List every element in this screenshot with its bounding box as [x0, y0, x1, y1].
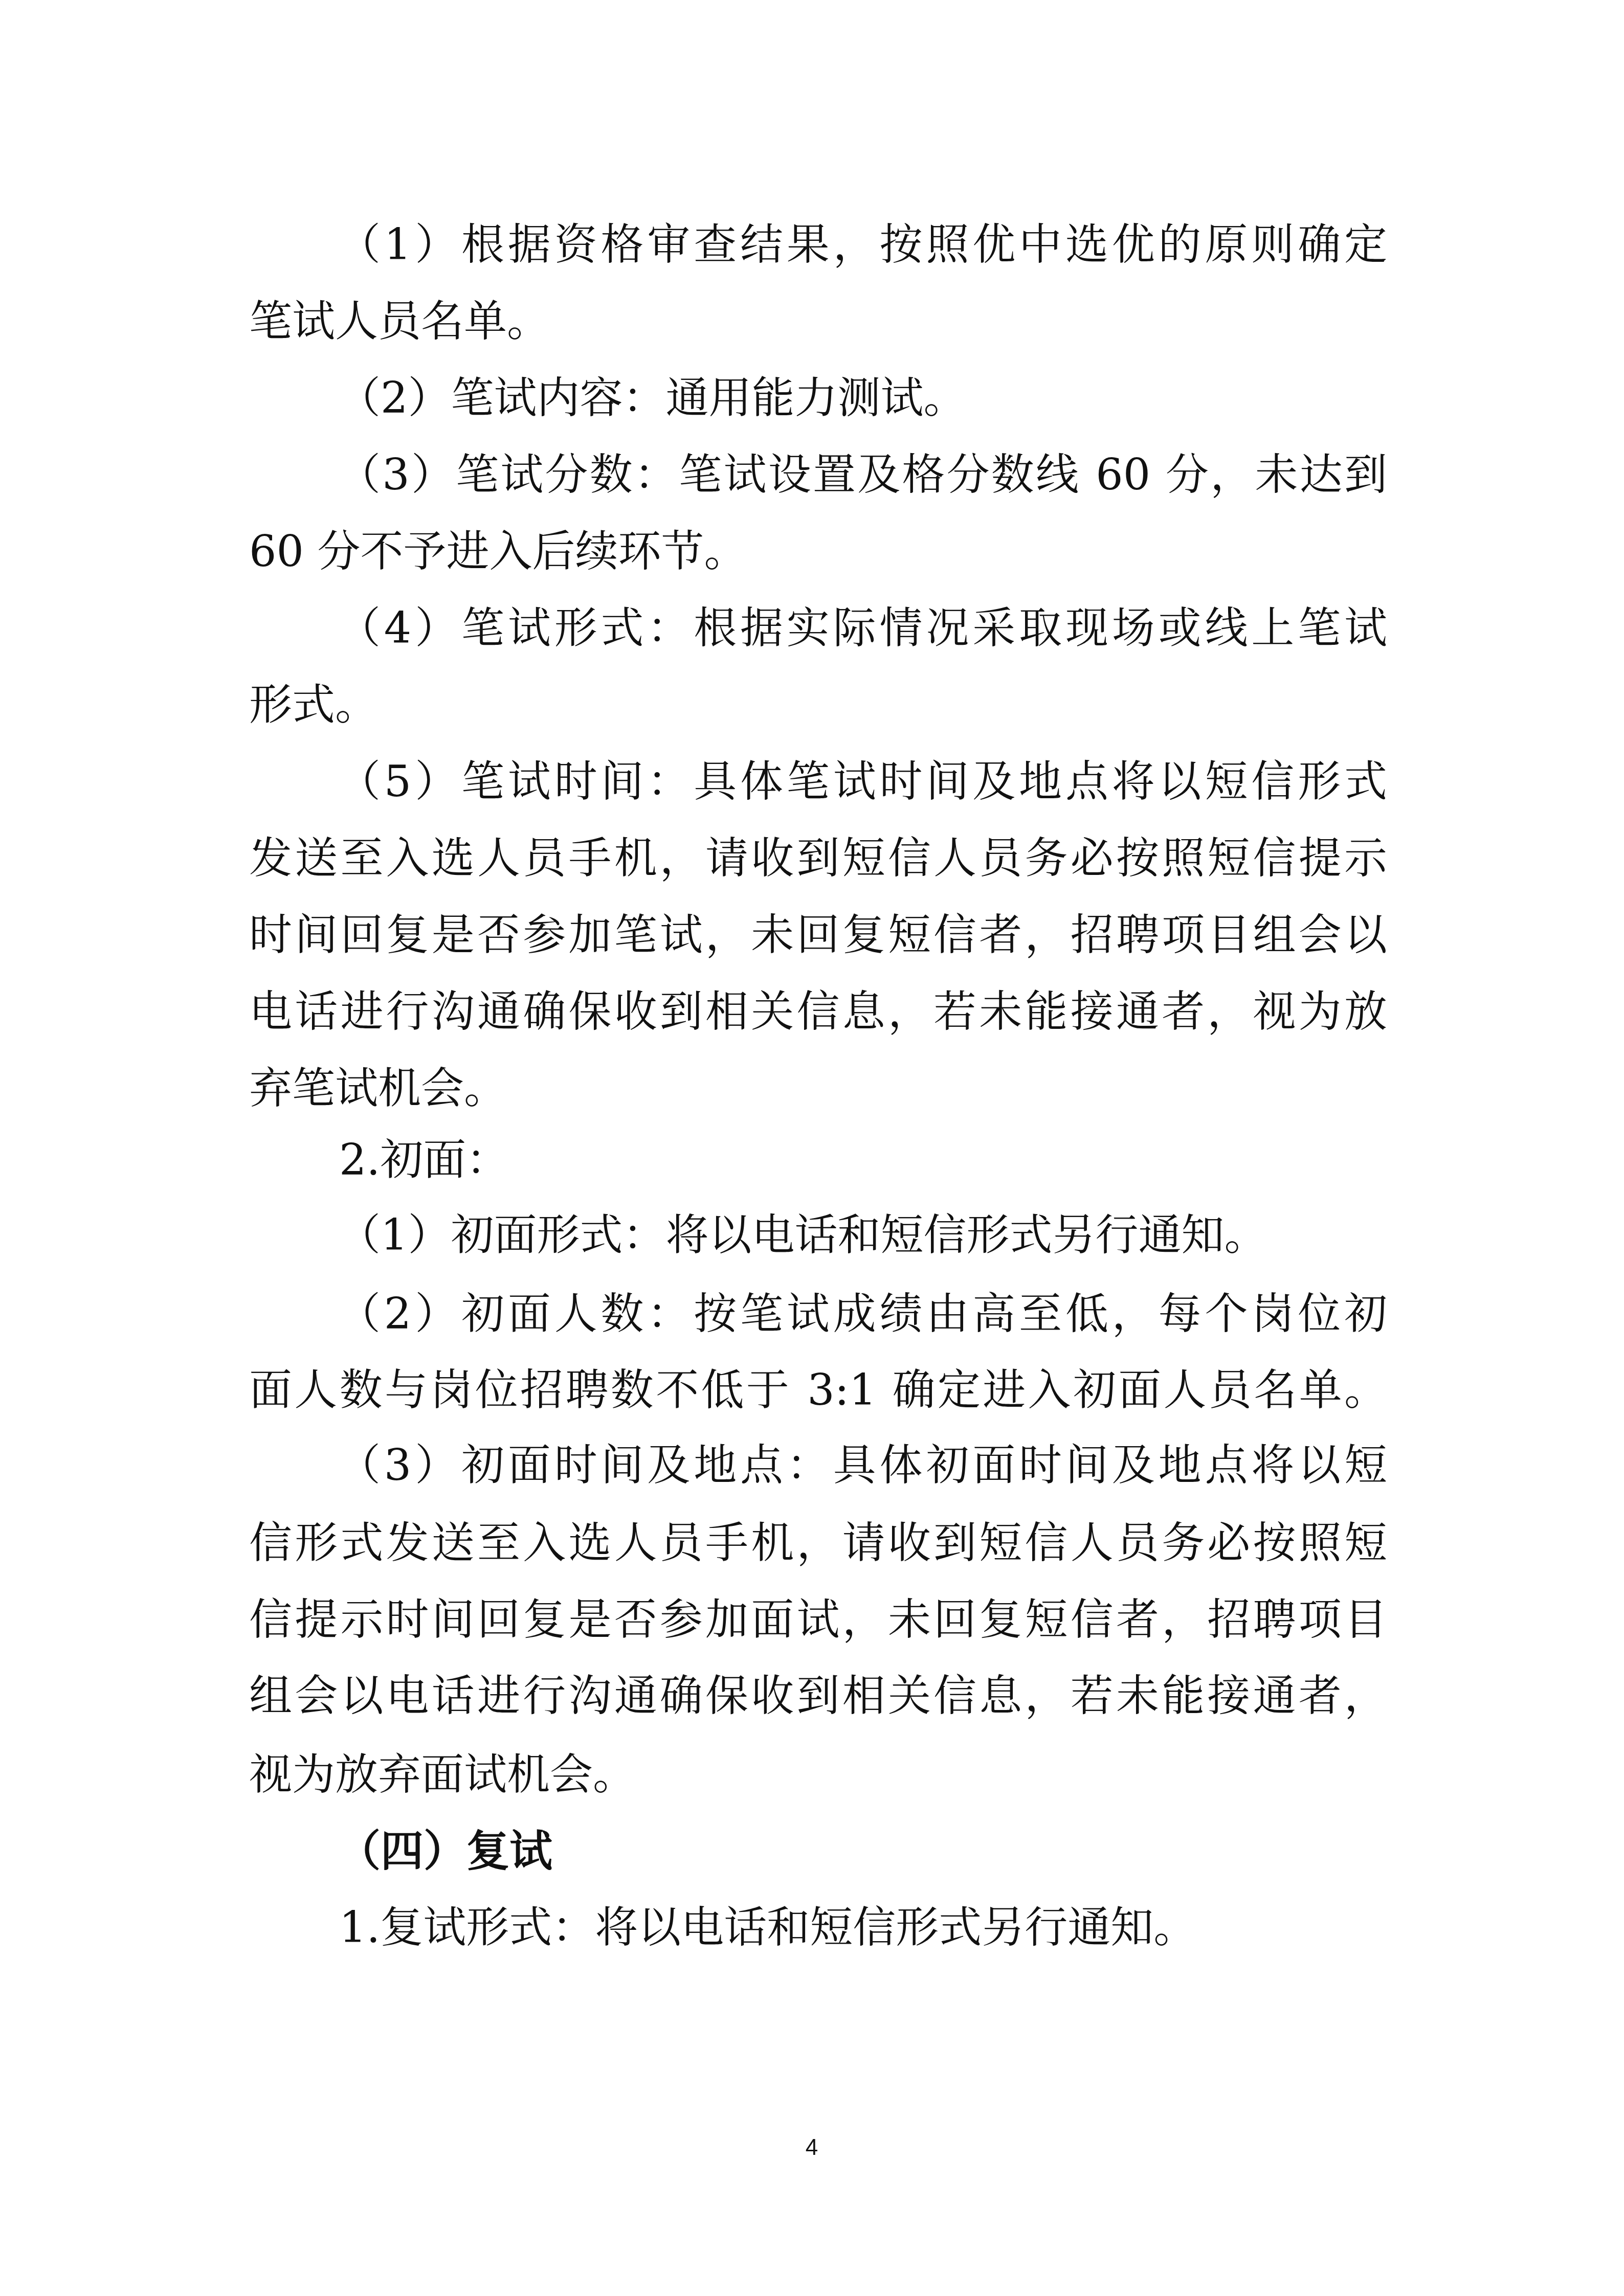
paragraph-line: （2）初面人数：按笔试成绩由高至低，每个岗位初 [338, 1275, 1387, 1352]
paragraph-line: 弃笔试机会。 [249, 1050, 1387, 1127]
paragraph-line: 电话进行沟通确保收到相关信息，若未能接通者，视为放 [249, 973, 1387, 1050]
document-page: （1）根据资格审查结果，按照优中选优的原则确定 笔试人员名单。 （2）笔试内容：… [0, 0, 1624, 2296]
paragraph-line: （1）初面形式：将以电话和短信形式另行通知。 [338, 1197, 1387, 1273]
paragraph-line: 信提示时间回复是否参加面试，未回复短信者，招聘项目 [249, 1581, 1387, 1658]
section-heading: （四）复试 [338, 1813, 1476, 1889]
paragraph-line: 组会以电话进行沟通确保收到相关信息，若未能接通者， [249, 1657, 1387, 1734]
subsection-heading: 2.初面： [339, 1121, 1387, 1198]
paragraph-line: 60 分不予进入后续环节。 [249, 513, 1387, 590]
numbered-item: 1.复试形式：将以电话和短信形式另行通知。 [339, 1889, 1387, 1966]
page-number: 4 [802, 2132, 822, 2163]
paragraph-line: （4）笔试形式：根据实际情况采取现场或线上笔试 [338, 590, 1387, 666]
paragraph-line: （3）笔试分数：笔试设置及格分数线 60 分，未达到 [338, 436, 1387, 513]
paragraph-line: 笔试人员名单。 [249, 283, 1387, 359]
paragraph-line: 发送至入选人员手机，请收到短信人员务必按照短信提示 [249, 820, 1387, 896]
paragraph-line: （5）笔试时间：具体笔试时间及地点将以短信形式 [338, 743, 1387, 820]
paragraph-line: 信形式发送至入选人员手机，请收到短信人员务必按照短 [249, 1504, 1387, 1581]
paragraph-line: 面人数与岗位招聘数不低于 3:1 确定进入初面人员名单。 [249, 1352, 1387, 1428]
paragraph-line: （1）根据资格审查结果，按照优中选优的原则确定 [338, 206, 1387, 283]
paragraph-line: （2）笔试内容：通用能力测试。 [338, 359, 1387, 436]
paragraph-line: 视为放弃面试机会。 [249, 1736, 1387, 1813]
paragraph-line: （3）初面时间及地点：具体初面时间及地点将以短 [338, 1427, 1387, 1503]
paragraph-line: 时间回复是否参加笔试，未回复短信者，招聘项目组会以 [249, 896, 1387, 973]
paragraph-line: 形式。 [249, 666, 1387, 743]
